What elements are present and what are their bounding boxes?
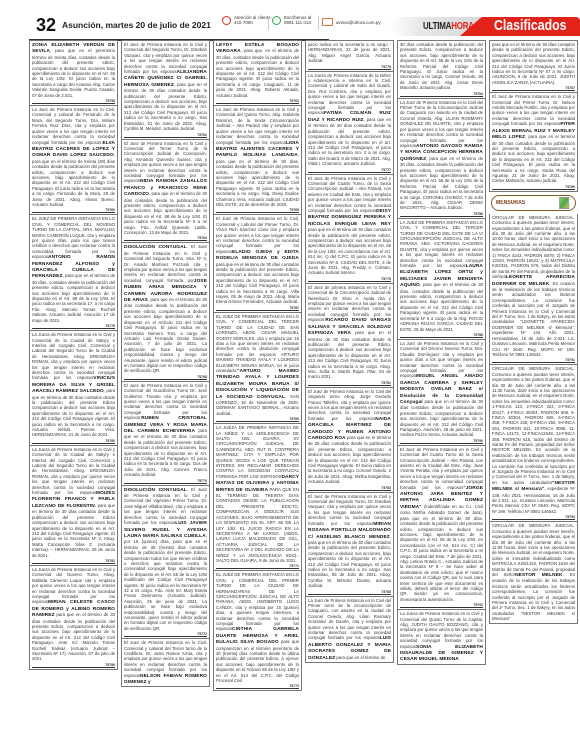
- legal-notice: El Juez de Primera Instancia en lo Civil…: [305, 388, 394, 493]
- notice-text: El Juez de Primera Instancia en lo Civil…: [216, 216, 299, 253]
- notice-text: La Jueza de Primera Instancia de la Niñe…: [308, 73, 391, 116]
- notice-code: 75763: [216, 99, 299, 104]
- classifieds-columns: ZONIA ELIZABETH VERDÚN DE SEVILA, para q…: [29, 40, 578, 750]
- notice-text: , para que en el perentorio término de t…: [32, 48, 115, 97]
- legal-notice: El Juez de Primera Instancia en lo Civil…: [121, 382, 210, 486]
- notice-code: 75788: [400, 333, 483, 338]
- mensuras-banner: MENSURAS: [491, 195, 576, 211]
- notice-text: . El Juez de Primera Instancia en lo Civ…: [124, 487, 207, 525]
- notice-text: , para que en término de 30 días contado…: [32, 388, 115, 437]
- notice-text: La Jueza de Primera Instancia en lo Civi…: [400, 611, 483, 648]
- legal-notice: El Juez de Primera Instancia en lo Civil…: [397, 446, 486, 610]
- newspaper-logo: ULTIMAHORA: [423, 21, 474, 32]
- notice-code: 75783: [308, 486, 391, 491]
- notice-text: El Juez de Primera Instancia en lo Civil…: [124, 640, 207, 677]
- dateline: Asunción, martes 20 de julio de 2021: [62, 20, 211, 30]
- notice-code: 75781: [308, 381, 391, 386]
- notice-code: 75792: [400, 603, 483, 608]
- notice-code: 75789: [492, 185, 575, 190]
- notice-code: 75787: [492, 86, 575, 91]
- notice-text: EL JUEZ DE PRIMERA INSTANCIA EN LO CIVIL…: [32, 216, 115, 259]
- mail-icon: [322, 18, 333, 26]
- whatsapp-icon: [272, 16, 281, 25]
- page-header: 32 Asunción, martes 20 de julio de 2021 …: [0, 0, 580, 38]
- legal-notice: La Juez de Primera Instancia en lo Civil…: [397, 99, 486, 219]
- notice-code: 75777: [308, 168, 391, 173]
- notice-code: 75764: [124, 236, 207, 241]
- notice-text: para que en el término de 30 días contad…: [400, 399, 483, 437]
- notice-text: para que en el término de 30 días contad…: [124, 428, 207, 477]
- notice-text: para que en el término de 30 días contad…: [308, 435, 391, 484]
- legal-notice: El Juez de Primera Instancia en lo Civil…: [305, 175, 394, 284]
- notice-text: para que en el término de 30 días contad…: [492, 42, 575, 85]
- section-title: Clasificados: [494, 17, 566, 34]
- notice-code: 75782: [32, 559, 115, 564]
- notice-text: para que en el término de: [335, 655, 385, 660]
- page-number: 32: [36, 15, 56, 36]
- legal-notice: La Jueza de Primera Instancia en lo Civi…: [29, 566, 118, 670]
- notice-text: para que en el término de 30 días contad…: [32, 612, 115, 661]
- legal-notice: 30 días contados desde la publicación de…: [397, 40, 486, 99]
- legal-notice: juicio radica en la secretaría a mi carg…: [305, 40, 394, 72]
- legal-notice: La Jueza de Primera Instancia en lo Civi…: [29, 331, 118, 446]
- divider: [268, 16, 269, 30]
- notice-text: EL JUEZ DE PRIMERA INSTANCIA EN LO CIVIL…: [216, 314, 299, 373]
- column-6: para que en el término de 30 días contad…: [489, 40, 578, 750]
- legal-notice: La Juez de Primera Instancia en lo Civil…: [29, 106, 118, 215]
- notice-text: , para que en el término de 30 días cont…: [492, 134, 575, 183]
- notice-code: 75793: [492, 515, 575, 520]
- notice-text: , para que en el término de 30 días cont…: [124, 297, 207, 373]
- legal-notice: El Juez de Primera Instancia en lo Civil…: [121, 40, 210, 140]
- map-icon: [559, 197, 569, 209]
- legal-notice: LA JUEZA DE PRIMERA INSTANCIA DE LA NIÑE…: [213, 424, 302, 571]
- notice-code: 75779: [308, 277, 391, 282]
- legal-notice: La Jueza de Primera Instancia en lo Civi…: [397, 610, 486, 665]
- notice-text: CIRCULAR DE MENSURA JUDICIAL. Comunico a…: [492, 215, 575, 279]
- notice-code: 75791: [492, 358, 575, 363]
- column-5: 30 días contados desde la publicación de…: [397, 40, 486, 750]
- party-names: DISOLUCIÓN CONYUGAL: [124, 245, 187, 250]
- legal-notice: EL JUEZ DE PRIMERA INSTANCIA EN LO CIVIL…: [29, 215, 118, 331]
- notice-text: , para que en término de 30 días contado…: [32, 503, 115, 558]
- legal-notice: El Juez de primera instancia en lo Civil…: [305, 284, 394, 388]
- column-2: El Juez de Primera Instancia en lo Civil…: [121, 40, 210, 750]
- section-banner: ULTIMAHORA Clasificados: [390, 17, 580, 36]
- notice-text: , para que en el término de 30 días cont…: [308, 534, 391, 589]
- notice-text: La Jueza de Primera Instancia en lo Civi…: [32, 447, 115, 495]
- divider: [318, 16, 319, 30]
- notice-code: 75768: [124, 375, 207, 380]
- legal-notice: El Juez de Primera Instancia en lo Civil…: [305, 493, 394, 597]
- notice-code: 75786: [400, 212, 483, 217]
- phone-icon: [222, 16, 231, 25]
- notice-code: 75770: [124, 479, 207, 484]
- notice-text: , para que en el término de 30 días, con…: [400, 282, 483, 331]
- notice-code: 75769: [216, 417, 299, 422]
- notice-text: CIRCULAR DE MENSURA JUDICIAL. Comunico a…: [492, 366, 575, 485]
- party-names: DISOLUCIÓN CONYUGAL: [124, 488, 187, 493]
- notice-code: 75773: [216, 684, 299, 689]
- notice-code: 75771: [216, 564, 299, 569]
- notice-text: La Jueza de Primera Instancia en lo Civi…: [32, 567, 115, 604]
- notice-code: 75767: [216, 306, 299, 311]
- notice-text: , para que, en el término de 30 días, co…: [216, 48, 299, 97]
- notice-text: , para que en el término de 30 días cont…: [124, 191, 207, 235]
- notice-code: 75776: [32, 324, 115, 329]
- notice-text: El Juez de primera instancia en lo Civil…: [308, 285, 391, 322]
- notice-code: 75784: [400, 92, 483, 97]
- notice-text: . El Juez de Primera Instancia en lo Civ…: [124, 244, 207, 282]
- notice-code: 75785: [308, 590, 391, 595]
- notice-text: , para que en el término de treinta (30)…: [32, 152, 115, 207]
- notice-text: El Juez de Primera Instancia en lo Civil…: [124, 383, 207, 420]
- notice-code: 75775: [308, 65, 391, 70]
- legal-notice: CIRCULAR DE MENSURA JUDICIAL. Comunico a…: [489, 214, 578, 366]
- notice-text: (indentificada en su C.I. Civil como Mir…: [400, 504, 483, 602]
- notice-code: 75780: [32, 439, 115, 444]
- notice-text: . En ocasión de la realización de los tr…: [492, 281, 575, 357]
- notice-text: La Juez de Primera Instancia en lo Civil…: [216, 107, 299, 144]
- notice-code: 75762: [124, 133, 207, 138]
- notice-text: El Juez de Primera Instancia en lo Civil…: [124, 141, 207, 184]
- notice-code: 75765: [216, 208, 299, 213]
- notice-text: EL JUEZ DE PRIMERA INSTANCIA EN LO CIVIL…: [216, 572, 299, 631]
- notice-text: para que comparezcan en el término peren…: [216, 639, 299, 683]
- legal-notice: LA JUEZ DE PRIMERA INSTANCIA EN LO CIVIL…: [397, 219, 486, 340]
- notice-text: PARA QUE EN EL TERMINO DE TREINTA DIAS C…: [216, 487, 299, 563]
- notice-text: La Jueza de Primera Instancia en lo Civi…: [32, 332, 115, 380]
- legal-notice: EL JUEZ DE PRIMERA INSTANCIA EN LO CIVIL…: [213, 571, 302, 691]
- legal-notice: La Jueza de Primera Instancia en lo Civi…: [29, 446, 118, 566]
- notice-text: La Juez de Primera Instancia en lo Civil…: [308, 598, 391, 641]
- notice-code: 75760: [32, 208, 115, 213]
- notice-code: 75758: [32, 99, 115, 104]
- mensuras-label: MENSURAS: [496, 200, 525, 206]
- notice-text: La Juez de Primera Instancia en lo Civil…: [32, 107, 115, 144]
- notice-text: juicio radica en la secretaría a mi carg…: [308, 42, 391, 63]
- whatsapp-contact: Escríbenos al0981 111 013: [272, 15, 311, 25]
- party-names: NESTOR MELNEK: [515, 573, 563, 578]
- notice-code: 75790: [400, 439, 483, 444]
- notice-text: La Juez de Primera Instancia en lo Civil…: [400, 100, 483, 148]
- notice-code: 75786: [32, 663, 115, 668]
- notice-text: para que en el término de 30 días contad…: [308, 227, 391, 275]
- notice-text: LA JUEZ DE PRIMERA INSTANCIA EN LO CIVIL…: [400, 220, 483, 268]
- legal-notice: para que en el término de 30 días contad…: [489, 40, 578, 93]
- notice-text: , para que en el término de 30 días cont…: [308, 117, 391, 166]
- notice-text: , por 15 (quince) días, para que en el t…: [124, 533, 207, 631]
- legal-notice: La Jueza de Primera Instancia de la Niñe…: [305, 72, 394, 175]
- legal-notice: El Juez de Primera Instancia en lo Civil…: [489, 93, 578, 192]
- legal-notice: La Juez de Primera Instancia en lo Civil…: [397, 340, 486, 446]
- notice-text: La Juez de Primera Instancia en lo Civil…: [400, 341, 483, 378]
- customer-service-contact: Atención al cliente:415 7000: [222, 15, 272, 25]
- legal-notice: EL JUEZ DE PRIMERA INSTANCIA EN LO CIVIL…: [213, 313, 302, 424]
- legal-notice: CIRCULAR DE MENSURA JUDICIAL. Comunico a…: [489, 365, 578, 522]
- notice-text: CIRCULAR DE MENSURA JUDICIAL. Comunico a…: [492, 523, 575, 577]
- notice-text: LA JUEZA DE PRIMERA INSTANCIA DE LA NIÑE…: [216, 425, 299, 479]
- legal-notice: ZONIA ELIZABETH VERDÚN DE SEVILA, para q…: [29, 40, 118, 106]
- column-1: ZONIA ELIZABETH VERDÚN DE SEVILA, para q…: [29, 40, 118, 750]
- legal-notice: La Juez de Primera Instancia en lo Civil…: [305, 597, 394, 663]
- legal-notice: LEYDY ESTELA BOGADO VERGARA, para que, e…: [213, 40, 302, 106]
- legal-notice: El Juez de Primera Instancia en lo Civil…: [213, 215, 302, 313]
- notice-code: 75772: [124, 632, 207, 637]
- legal-notice: El Juez de Primera Instancia en lo Civil…: [121, 140, 210, 244]
- column-3: LEYDY ESTELA BOGADO VERGARA, para que, e…: [213, 40, 302, 750]
- notice-text: El Juez de Primera Instancia en lo Civil…: [400, 447, 483, 490]
- legal-notice: DISOLUCIÓN CONYUGAL. El Juez de Primera …: [121, 486, 210, 640]
- notice-text: , para que en el término de 30 días, con…: [216, 152, 299, 207]
- notice-text: . En ocasión de la realización de los tr…: [492, 572, 575, 621]
- notice-text: El Juez de Primera Instancia en lo Civil…: [308, 176, 391, 213]
- legal-notice: DISOLUCIÓN CONYUGAL. El Juez de Primera …: [121, 243, 210, 381]
- legal-notice: El Juez de Primera Instancia en lo Civil…: [121, 639, 210, 687]
- notice-text: , para que en el término de 30 días cont…: [124, 82, 207, 131]
- notice-text: para que en el término de 30 días contad…: [216, 262, 299, 305]
- column-4: juicio radica en la secretaría a mi carg…: [305, 40, 394, 750]
- notice-text: , para que en el término de 30 días, con…: [400, 156, 483, 211]
- notice-text: , para que en el término de 30 días, con…: [32, 273, 115, 322]
- notice-text: 30 días contados desde la publicación de…: [400, 42, 483, 90]
- notice-text: para que en el término de 30 días contad…: [308, 330, 391, 379]
- legal-notice: La Juez de Primera Instancia en lo Civil…: [213, 106, 302, 215]
- legal-notice: CIRCULAR DE MENSURA JUDICIAL. Comunico a…: [489, 522, 578, 623]
- email-contact[interactable]: avisos@uhora.com.py: [322, 18, 381, 26]
